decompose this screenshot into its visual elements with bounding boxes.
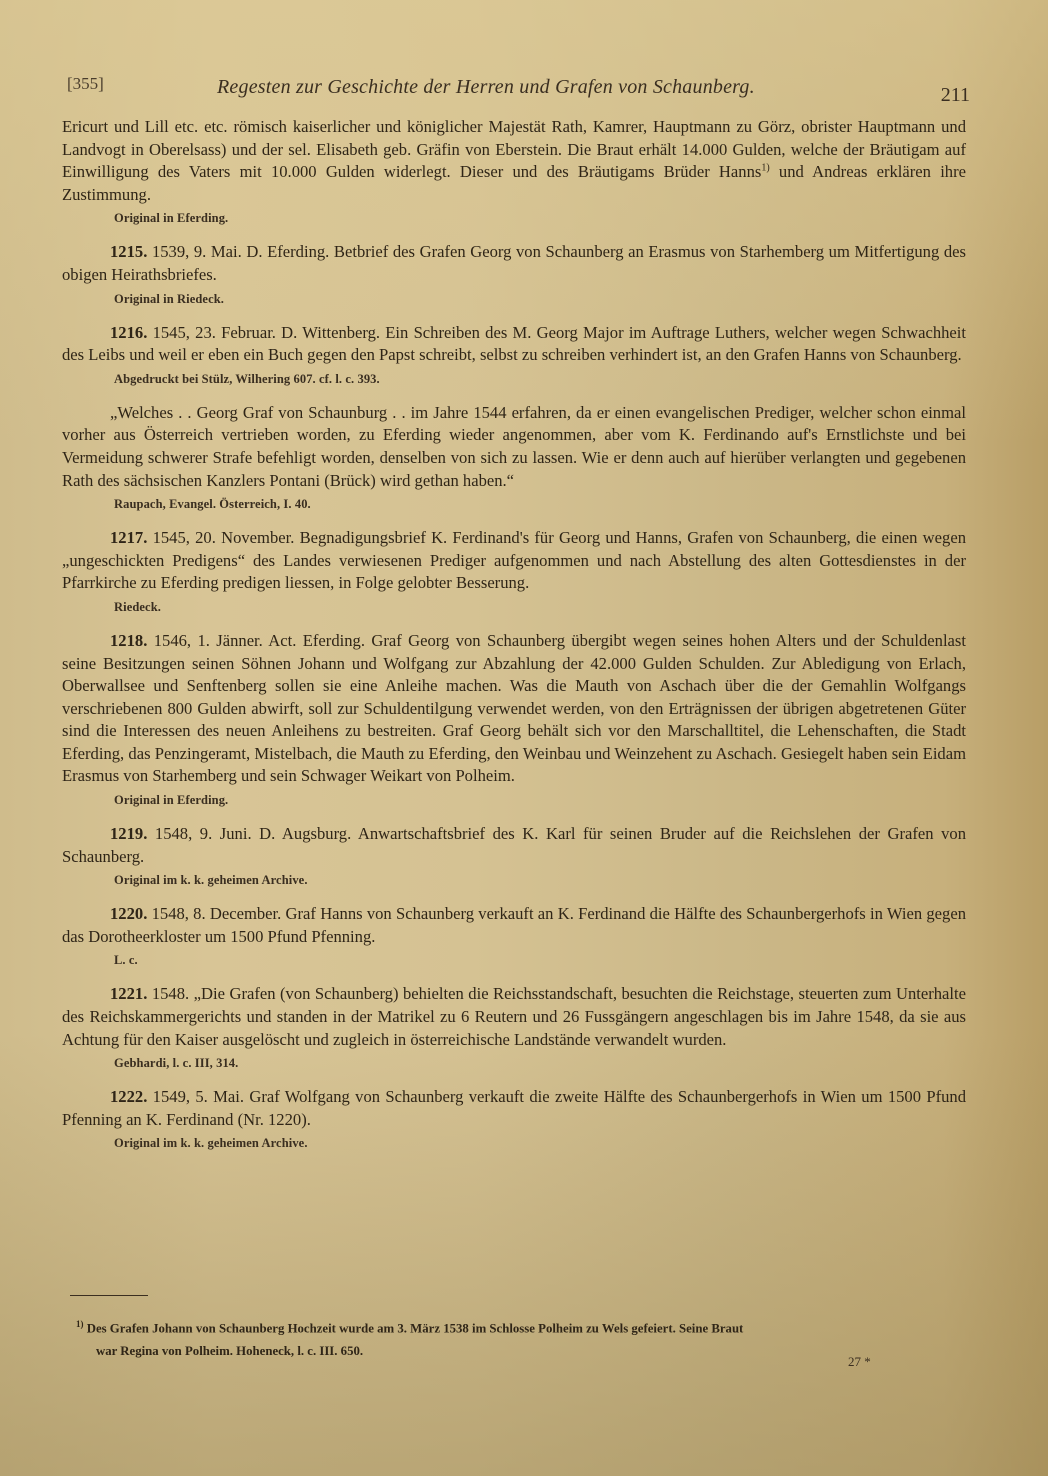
footnote-line-1: 1) Des Grafen Johann von Schaunberg Hoch… — [76, 1313, 971, 1340]
entry-number: 1220. — [110, 904, 147, 923]
entry-number: 1222. — [110, 1087, 147, 1106]
quotation-text: „Welches . . Georg Graf von Schaunburg .… — [62, 403, 966, 490]
entry-number: 1218. — [110, 631, 147, 650]
regest-entry-1218: 1218. 1546, 1. Jänner. Act. Eferding. Gr… — [62, 630, 966, 788]
entry-text: 1545, 23. Februar. D. Wittenberg. Ein Sc… — [62, 323, 966, 365]
entry-text: 1548, 9. Juni. D. Augsburg. Anwartschaft… — [62, 824, 966, 866]
entry-number: 1219. — [110, 824, 147, 843]
source-citation: Gebhardi, l. c. III, 314. — [114, 1054, 966, 1072]
source-citation: Original in Eferding. — [114, 209, 966, 227]
entry-text: 1545, 20. November. Begnadigungsbrief K.… — [62, 528, 966, 592]
entry-number: 1215. — [110, 242, 147, 261]
entry-number: 1221. — [110, 984, 147, 1003]
page-number: 211 — [941, 84, 970, 107]
running-title: Regesten zur Geschichte der Herren und G… — [217, 76, 755, 99]
source-citation: Original im k. k. geheimen Archive. — [114, 871, 966, 889]
running-header: [355] Regesten zur Geschichte der Herren… — [62, 70, 962, 110]
source-citation: Raupach, Evangel. Österreich, I. 40. — [114, 495, 966, 513]
source-citation: L. c. — [114, 951, 966, 969]
footnote-text: Des Grafen Johann von Schaunberg Hochzei… — [84, 1321, 744, 1335]
bracket-page-number: [355] — [67, 74, 104, 94]
footnote-marker: 1) — [76, 1319, 84, 1329]
footnote-line-2: war Regina von Polheim. Hoheneck, l. c. … — [76, 1340, 971, 1363]
regest-entry-1219: 1219. 1548, 9. Juni. D. Augsburg. Anwart… — [62, 823, 966, 868]
footnote-divider — [70, 1295, 148, 1296]
source-citation: Original im k. k. geheimen Archive. — [114, 1134, 966, 1152]
page-body: Ericurt und Lill etc. etc. römisch kaise… — [62, 116, 966, 1166]
entry-text: 1546, 1. Jänner. Act. Eferding. Graf Geo… — [62, 631, 966, 786]
source-citation: Original in Riedeck. — [114, 290, 966, 308]
source-citation: Riedeck. — [114, 598, 966, 616]
regest-entry-1215: 1215. 1539, 9. Mai. D. Eferding. Betbrie… — [62, 241, 966, 286]
entry-number: 1217. — [110, 528, 147, 547]
source-citation: Original in Eferding. — [114, 791, 966, 809]
footnote: 1) Des Grafen Johann von Schaunberg Hoch… — [76, 1313, 971, 1363]
entry-text: 1548, 8. December. Graf Hanns von Schaun… — [62, 904, 966, 946]
entry-text: 1539, 9. Mai. D. Eferding. Betbrief des … — [62, 242, 966, 284]
quotation-paragraph: „Welches . . Georg Graf von Schaunburg .… — [62, 402, 966, 492]
entry-text: 1549, 5. Mai. Graf Wolfgang von Schaunbe… — [62, 1087, 966, 1129]
regest-entry-1221: 1221. 1548. „Die Grafen (von Schaunberg)… — [62, 983, 966, 1051]
document-page: [355] Regesten zur Geschichte der Herren… — [0, 0, 1048, 1476]
source-citation: Abgedruckt bei Stülz, Wilhering 607. cf.… — [114, 370, 966, 388]
regest-entry-1216: 1216. 1545, 23. Februar. D. Wittenberg. … — [62, 322, 966, 367]
regest-entry-1222: 1222. 1549, 5. Mai. Graf Wolfgang von Sc… — [62, 1086, 966, 1131]
regest-entry-1217: 1217. 1545, 20. November. Begnadigungsbr… — [62, 527, 966, 595]
regest-entry-1220: 1220. 1548, 8. December. Graf Hanns von … — [62, 903, 966, 948]
continuation-paragraph: Ericurt und Lill etc. etc. römisch kaise… — [62, 116, 966, 206]
signature-mark: 27 * — [848, 1354, 871, 1370]
footnote-reference[interactable]: 1) — [761, 163, 769, 174]
entry-text: 1548. „Die Grafen (von Schaunberg) behie… — [62, 984, 966, 1048]
entry-number: 1216. — [110, 323, 147, 342]
